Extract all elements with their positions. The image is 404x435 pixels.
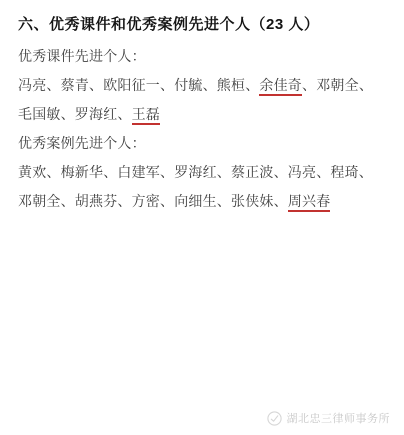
watermark-footer: 湖北忠三律师事务所	[267, 410, 391, 426]
names-segment: 毛国敏、罗海红、	[18, 106, 132, 122]
subsection-label-case: 优秀案例先进个人：	[18, 129, 386, 158]
names-segment: 、邓朝全、	[302, 77, 373, 93]
names-line: 黄欢、梅新华、白建军、罗海红、蔡正波、冯亮、程琦、	[18, 158, 386, 187]
section-heading: 六、优秀课件和优秀案例先进个人（23 人）	[18, 14, 386, 36]
underlined-name: 周兴春	[288, 193, 331, 212]
names-segment: 冯亮、蔡青、欧阳征一、付毓、熊桓、	[18, 77, 259, 93]
article-page: 六、优秀课件和优秀案例先进个人（23 人） 优秀课件先进个人： 冯亮、蔡青、欧阳…	[0, 0, 404, 435]
underlined-name: 王磊	[132, 106, 160, 125]
watermark-text: 湖北忠三律师事务所	[287, 410, 391, 426]
names-line: 邓朝全、胡燕芬、方密、向细生、张侠妹、周兴春	[18, 187, 386, 216]
names-segment: 邓朝全、胡燕芬、方密、向细生、张侠妹、	[18, 193, 288, 209]
names-segment: 黄欢、梅新华、白建军、罗海红、蔡正波、冯亮、程琦、	[18, 164, 373, 180]
law-firm-seal-icon	[267, 411, 282, 426]
subsection-label-courseware: 优秀课件先进个人：	[18, 42, 386, 71]
names-line: 毛国敏、罗海红、王磊	[18, 100, 386, 129]
names-line: 冯亮、蔡青、欧阳征一、付毓、熊桓、余佳奇、邓朝全、	[18, 71, 386, 100]
underlined-name: 余佳奇	[259, 77, 302, 96]
